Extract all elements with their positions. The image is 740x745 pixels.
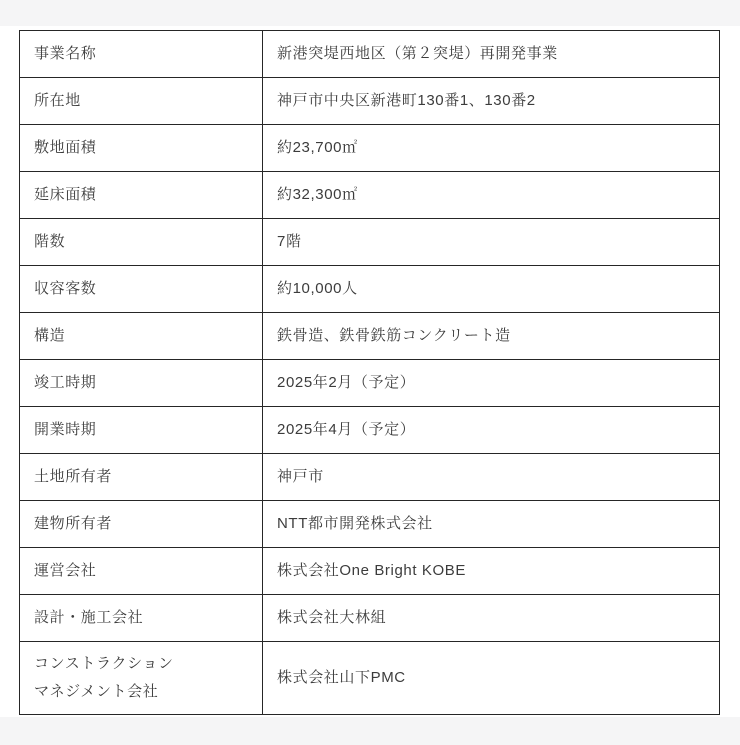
table-row: 運営会社 株式会社One Bright KOBE <box>20 548 720 595</box>
row-value: 2025年4月（予定） <box>263 407 720 454</box>
row-label: 竣工時期 <box>20 360 263 407</box>
page-canvas: 事業名称 新港突堤西地区（第２突堤）再開発事業 所在地 神戸市中央区新港町130… <box>0 0 740 745</box>
table-row: 延床面積 約32,300㎡ <box>20 172 720 219</box>
row-value: 新港突堤西地区（第２突堤）再開発事業 <box>263 31 720 78</box>
row-label: 構造 <box>20 313 263 360</box>
row-value: 約10,000人 <box>263 266 720 313</box>
row-label: 事業名称 <box>20 31 263 78</box>
row-value: 約23,700㎡ <box>263 125 720 172</box>
row-value: 株式会社山下PMC <box>263 642 720 715</box>
row-label: コンストラクション マネジメント会社 <box>20 642 263 715</box>
table-row: 敷地面積 約23,700㎡ <box>20 125 720 172</box>
row-label: 土地所有者 <box>20 454 263 501</box>
table-row: 開業時期 2025年4月（予定） <box>20 407 720 454</box>
table-row: 事業名称 新港突堤西地区（第２突堤）再開発事業 <box>20 31 720 78</box>
bottom-background-strip <box>0 717 740 745</box>
row-value: 2025年2月（予定） <box>263 360 720 407</box>
row-label: 敷地面積 <box>20 125 263 172</box>
row-value: 神戸市中央区新港町130番1、130番2 <box>263 78 720 125</box>
row-label: 所在地 <box>20 78 263 125</box>
project-spec-table: 事業名称 新港突堤西地区（第２突堤）再開発事業 所在地 神戸市中央区新港町130… <box>19 30 720 715</box>
row-label: 収容客数 <box>20 266 263 313</box>
table-row: 所在地 神戸市中央区新港町130番1、130番2 <box>20 78 720 125</box>
row-label: 運営会社 <box>20 548 263 595</box>
table-row: 構造 鉄骨造、鉄骨鉄筋コンクリート造 <box>20 313 720 360</box>
table-row: 竣工時期 2025年2月（予定） <box>20 360 720 407</box>
top-background-strip <box>0 0 740 26</box>
table-row: 収容客数 約10,000人 <box>20 266 720 313</box>
row-label: 延床面積 <box>20 172 263 219</box>
table-row: 土地所有者 神戸市 <box>20 454 720 501</box>
row-value: 7階 <box>263 219 720 266</box>
table-row: 建物所有者 NTT都市開発株式会社 <box>20 501 720 548</box>
row-value: 約32,300㎡ <box>263 172 720 219</box>
table-row: 設計・施工会社 株式会社大林組 <box>20 595 720 642</box>
table-row: コンストラクション マネジメント会社 株式会社山下PMC <box>20 642 720 715</box>
row-label: 階数 <box>20 219 263 266</box>
row-value: 鉄骨造、鉄骨鉄筋コンクリート造 <box>263 313 720 360</box>
table-row: 階数 7階 <box>20 219 720 266</box>
row-value: NTT都市開発株式会社 <box>263 501 720 548</box>
row-value: 株式会社One Bright KOBE <box>263 548 720 595</box>
row-label: 開業時期 <box>20 407 263 454</box>
row-value: 株式会社大林組 <box>263 595 720 642</box>
row-label: 設計・施工会社 <box>20 595 263 642</box>
row-value: 神戸市 <box>263 454 720 501</box>
row-label: 建物所有者 <box>20 501 263 548</box>
